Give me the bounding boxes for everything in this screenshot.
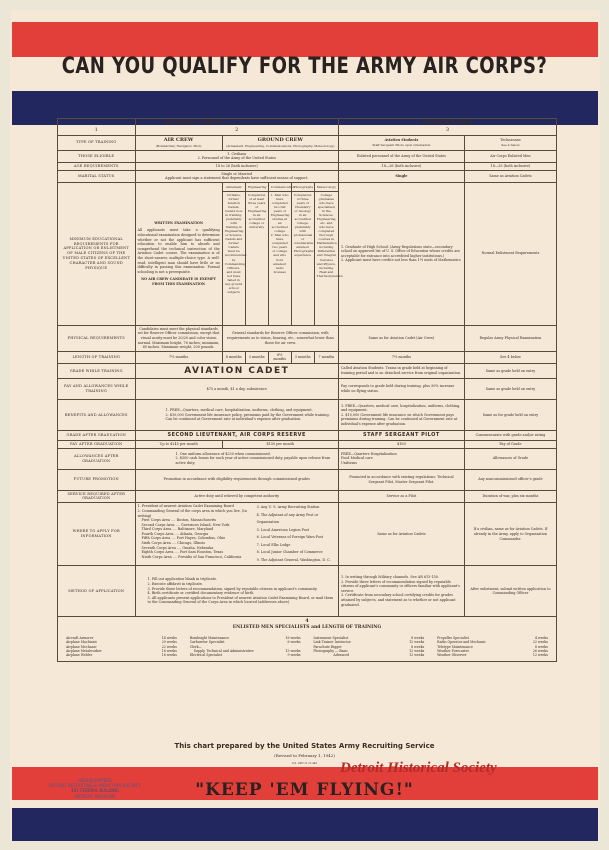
row-grade-after: GRADE AFTER GRADUATION SECOND LIEUTENANT… bbox=[58, 431, 557, 441]
row-education-headers: MINIMUM EDUCATIONAL REQUIREMENTS FOR APP… bbox=[58, 182, 557, 191]
row-specialists: 4 ENLISTED MEN SPECIALISTS and LENGTH OF… bbox=[58, 617, 557, 661]
qualification-table: 1 AVIATION CADETS—Commissioned as Second… bbox=[57, 118, 557, 662]
bottom-blue-stripe bbox=[12, 808, 598, 841]
col1-number: 1 bbox=[58, 119, 136, 136]
row-method: METHOD OF APPLICATION 1. Fill out applic… bbox=[58, 566, 557, 617]
slogan: "KEEP 'EM FLYING!" bbox=[0, 780, 609, 800]
row-length: LENGTH OF TRAINING 7½ months 8 months 3 … bbox=[58, 351, 557, 363]
header-row: 1 AVIATION CADETS—Commissioned as Second… bbox=[58, 119, 557, 136]
row-pay-after: PAY AFTER GRADUATION Up to $245 per mont… bbox=[58, 440, 557, 448]
row-promotion: FUTURE PROMOTION Promotion in accordance… bbox=[58, 469, 557, 490]
watermark: Detroit Historical Society bbox=[340, 760, 497, 777]
row-benefits: BENEFITS AND ALLOWANCES 1. FREE—Quarters… bbox=[58, 400, 557, 431]
revised-date: (Revised to February 1, 1942) bbox=[0, 753, 609, 758]
row-age: AGE REQUIREMENTS 18 to 26 (both inclusiv… bbox=[58, 162, 557, 170]
row-grade-training: GRADE WHILE TRAINING AVIATION CADET Call… bbox=[58, 363, 557, 378]
top-red-stripe bbox=[12, 22, 598, 57]
row-service: SERVICE REQUIRED AFTER GRADUATION Active… bbox=[58, 490, 557, 503]
row-those-eligible: THOSE ELIGIBLE 1. Civilians 2. Personnel… bbox=[58, 150, 557, 162]
row-physical: PHYSICAL REQUIREMENTS Candidates must me… bbox=[58, 325, 557, 351]
enlisted-men-header: ENLISTED MEN 3 bbox=[338, 119, 556, 136]
print-code: U.S. GPO 11-11-442 bbox=[0, 762, 609, 765]
row-type-of-training: TYPE OF TRAINING AIR CREW(Bombardier, Na… bbox=[58, 136, 557, 150]
aviation-cadets-header: AVIATION CADETS—Commissioned as Second L… bbox=[135, 119, 338, 136]
row-marital: MARITAL STATUS Single or MarriedApplican… bbox=[58, 170, 557, 182]
specialists-list: Aircraft Armorer14 weeks Airplane Machin… bbox=[60, 634, 554, 660]
poster-title: CAN YOU QUALIFY FOR THE ARMY AIR CORPS? bbox=[55, 54, 554, 79]
row-pay-training: PAY AND ALLOWANCES WHILE TRAINING $75 a … bbox=[58, 379, 557, 400]
prepared-by: This chart prepared by the United States… bbox=[0, 742, 609, 750]
row-allowances-after: ALLOWANCES AFTER GRADUATION 1. One unifo… bbox=[58, 448, 557, 469]
row-where-to-apply: WHERE TO APPLY FOR INFORMATION 1. Presid… bbox=[58, 503, 557, 566]
